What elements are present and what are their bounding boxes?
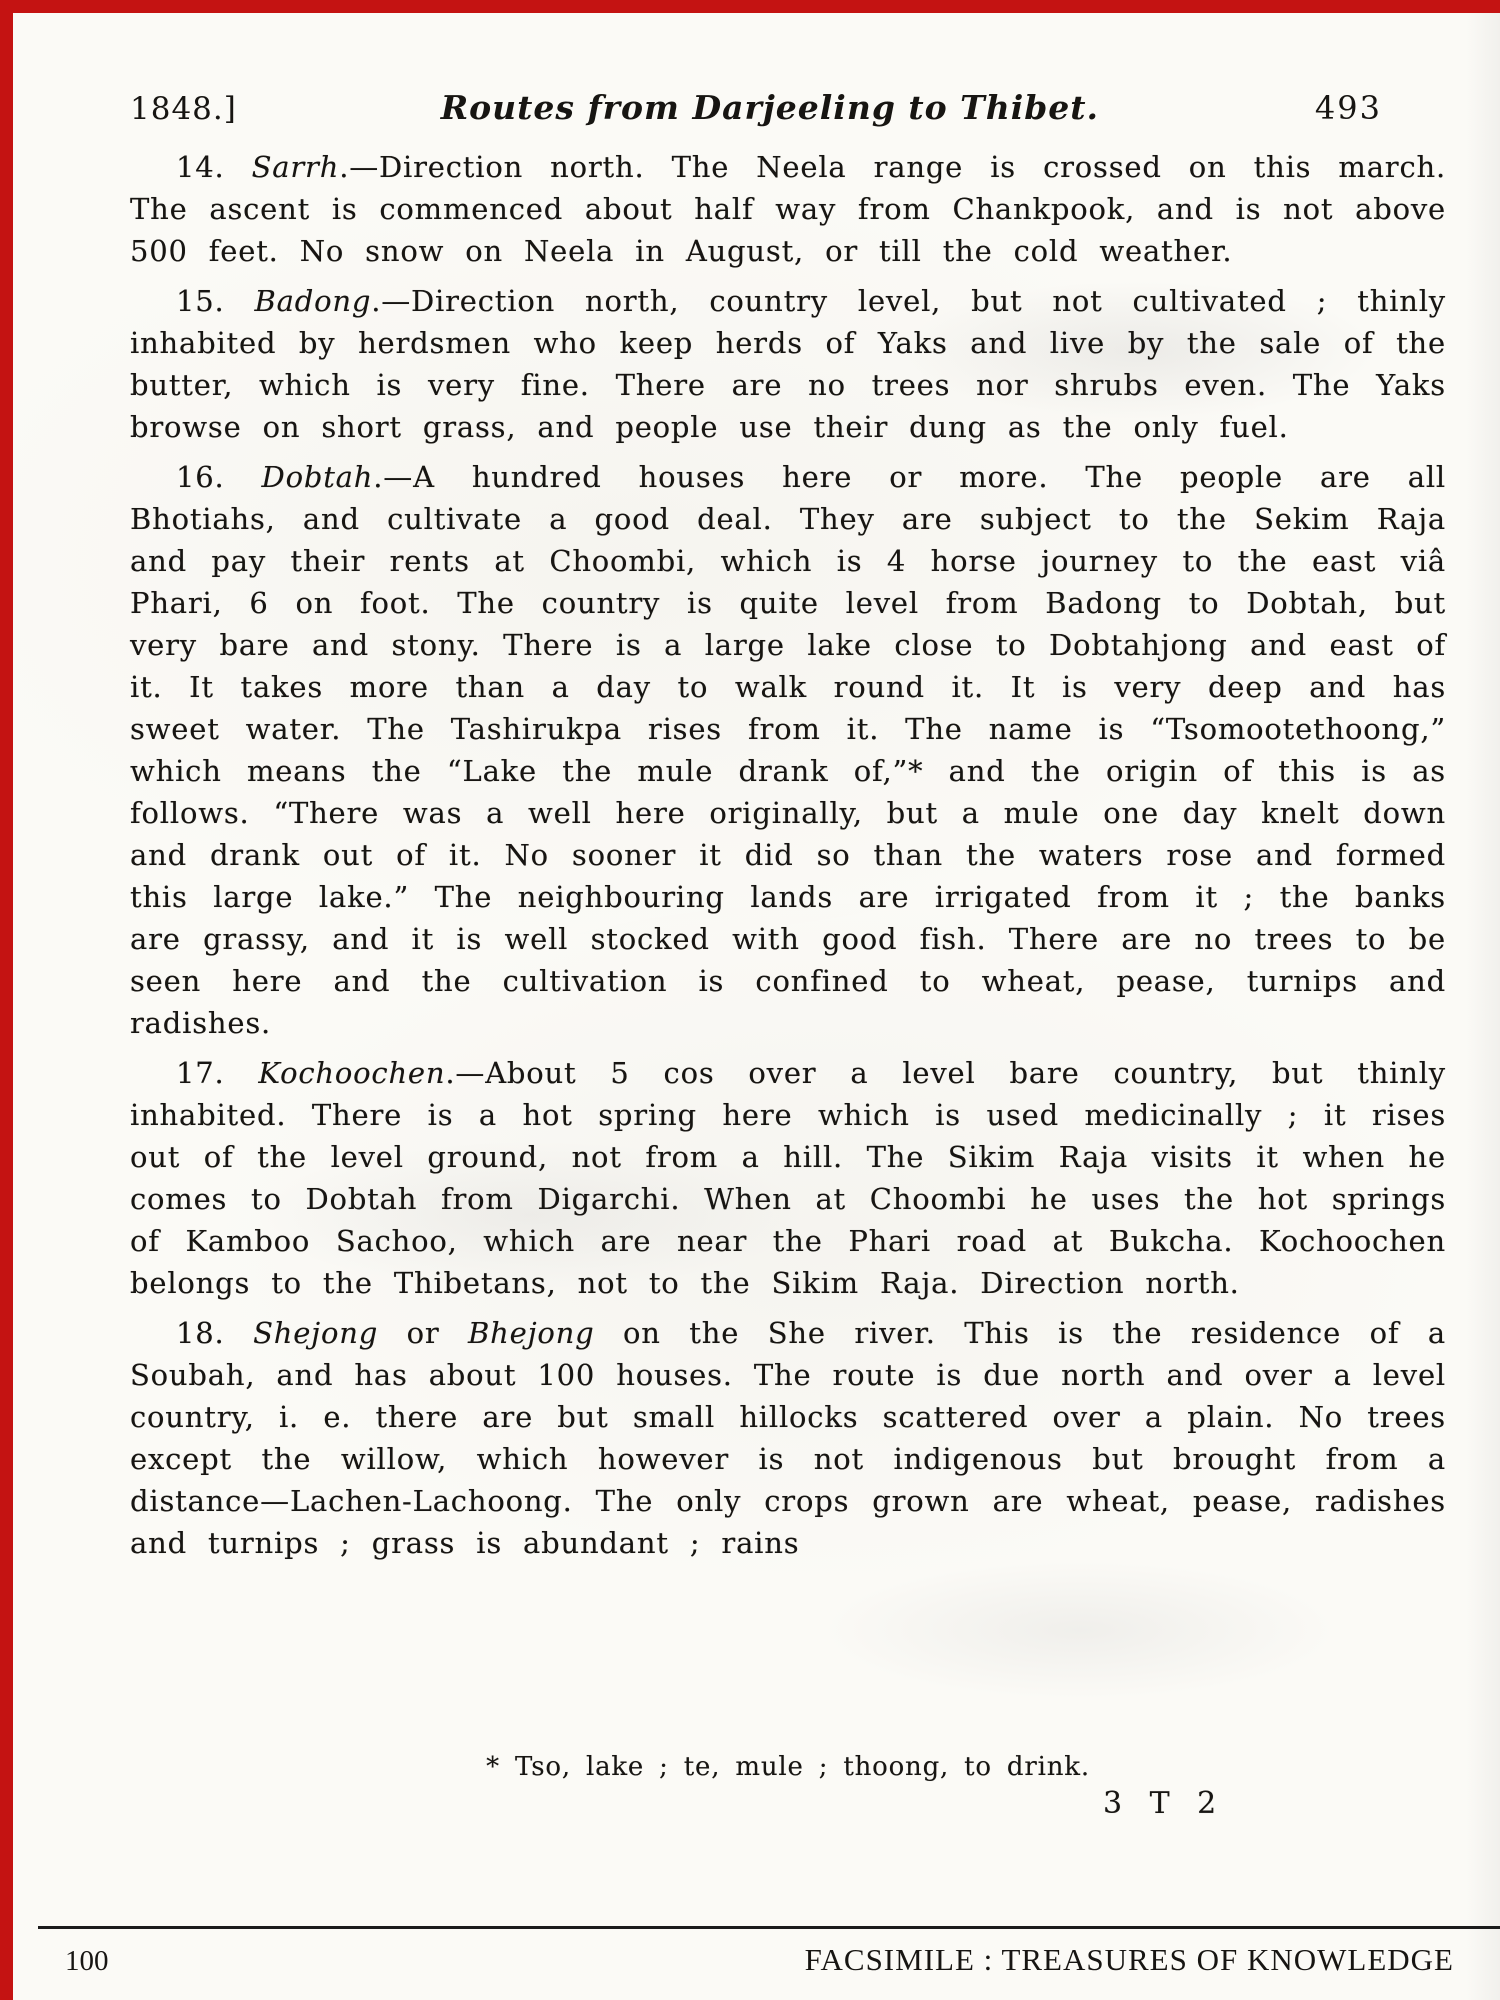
paragraph-15: 15. Badong.—Direction north, country lev… <box>130 280 1446 448</box>
paragraph-text: .—About 5 cos over a level bare country,… <box>130 1056 1446 1300</box>
scanned-book-page: 1848.] Routes from Darjeeling to Thibet.… <box>0 0 1500 2000</box>
paragraph-number: 16. <box>176 460 225 494</box>
scan-border-left <box>0 0 13 2000</box>
place-name: Badong <box>255 284 372 318</box>
place-name: Kochoochen <box>258 1056 445 1090</box>
footer-page-number: 100 <box>65 1945 109 1978</box>
scan-border-top <box>0 0 1500 13</box>
paragraph-number: 17. <box>176 1056 225 1090</box>
paragraph-17: 17. Kochoochen.—About 5 cos over a level… <box>130 1052 1446 1304</box>
running-head: 1848.] Routes from Darjeeling to Thibet.… <box>130 88 1446 127</box>
paragraph-16: 16. Dobtah.—A hundred houses here or mor… <box>130 456 1446 1044</box>
signature-mark: 3 T 2 <box>1103 1786 1225 1821</box>
show-through-smudge <box>820 1560 1340 1700</box>
paragraph-number: 14. <box>176 150 225 184</box>
paragraph-18: 18. Shejong or Bhejong on the She river.… <box>130 1312 1446 1564</box>
facsimile-footer: 100 FACSIMILE : TREASURES OF KNOWLEDGE <box>38 1926 1500 1978</box>
paragraph-number: 15. <box>176 284 225 318</box>
running-head-year: 1848.] <box>130 91 237 127</box>
running-head-title: Routes from Darjeeling to Thibet. <box>441 88 1099 127</box>
paragraph-number: 18. <box>176 1316 225 1350</box>
footer-title: FACSIMILE : TREASURES OF KNOWLEDGE <box>805 1942 1454 1978</box>
paragraph-14: 14. Sarrh.—Direction north. The Neela ra… <box>130 146 1446 272</box>
page-body: 14. Sarrh.—Direction north. The Neela ra… <box>130 146 1446 1572</box>
running-head-page-number: 493 <box>1315 89 1446 127</box>
place-name: Bhejong <box>468 1316 594 1350</box>
footnote: * Tso, lake ; te, mule ; thoong, to drin… <box>130 1752 1446 1782</box>
paragraph-text: on the She river. This is the residence … <box>130 1316 1446 1560</box>
place-name: Sarrh <box>252 150 340 184</box>
paragraph-text: .—A hundred houses here or more. The peo… <box>130 460 1446 1040</box>
paragraph-text: or <box>378 1316 468 1350</box>
place-name: Shejong <box>253 1316 378 1350</box>
place-name: Dobtah <box>262 460 374 494</box>
